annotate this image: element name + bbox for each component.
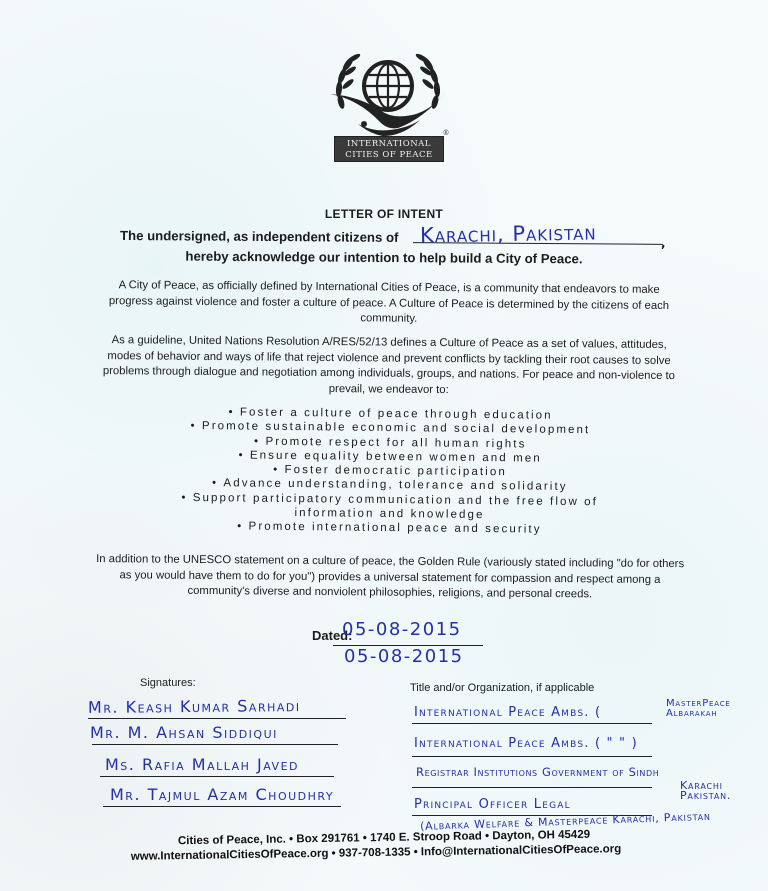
endeavor-list: Foster a culture of peace through educat…: [99, 404, 680, 539]
organization-value: Registrar Institutions Government of Sin…: [416, 765, 659, 779]
intro-line-1: The undersigned, as independent citizens…: [120, 228, 399, 245]
wordmark-line2: CITIES OF PEACE: [335, 150, 443, 161]
signatures-label: Signatures:: [140, 677, 196, 689]
date-handwritten-2: 05-08-2015: [344, 646, 464, 667]
signature-line: [103, 806, 341, 807]
organization-line: [412, 723, 652, 724]
wordmark-line1: INTERNATIONAL: [335, 139, 443, 150]
organization-line: [412, 756, 652, 757]
paragraph-golden-rule: In addition to the UNESCO statement on a…: [90, 552, 690, 604]
city-comma: ,: [661, 236, 666, 250]
city-handwritten-value: Karachi, Pakistan: [420, 220, 597, 247]
registered-mark: ®: [443, 128, 451, 139]
icp-wordmark: INTERNATIONAL CITIES OF PEACE ®: [334, 136, 444, 162]
intro-line-2: hereby acknowledge our intention to help…: [0, 247, 768, 267]
organization-line: [412, 787, 652, 788]
document-title: LETTER OF INTENT: [0, 207, 768, 221]
dove-globe-laurel-icon: [328, 44, 448, 144]
signature-name: Ms. Rafia Mallah Javed: [105, 755, 299, 774]
signature-name: Mr. Keash Kumar Sarhadi: [88, 696, 301, 717]
organization-value: Principal Officer Legal: [414, 797, 571, 812]
paragraph-un-resolution: As a guideline, United Nations Resolutio…: [96, 333, 683, 400]
organization-value: International Peace Ambs. (: [414, 705, 601, 720]
organization-note: MasterPeace Albarakah: [666, 699, 766, 719]
organization-label: Title and/or Organization, if applicable: [410, 682, 594, 694]
signature-name: Mr. M. Ahsan Siddiqui: [90, 723, 278, 742]
organization-value: International Peace Ambs. ( " " ): [414, 736, 638, 751]
signature-line: [100, 776, 334, 777]
signature-name: Mr. Tajmul Azam Choudhry: [110, 785, 334, 804]
signature-line: [92, 744, 338, 745]
date-handwritten-1: 05-08-2015: [342, 619, 462, 640]
organization-note: Karachi Pakistan.: [680, 781, 766, 801]
signature-line: [88, 718, 346, 719]
paragraph-city-of-peace-definition: A City of Peace, as officially defined b…: [96, 278, 682, 330]
